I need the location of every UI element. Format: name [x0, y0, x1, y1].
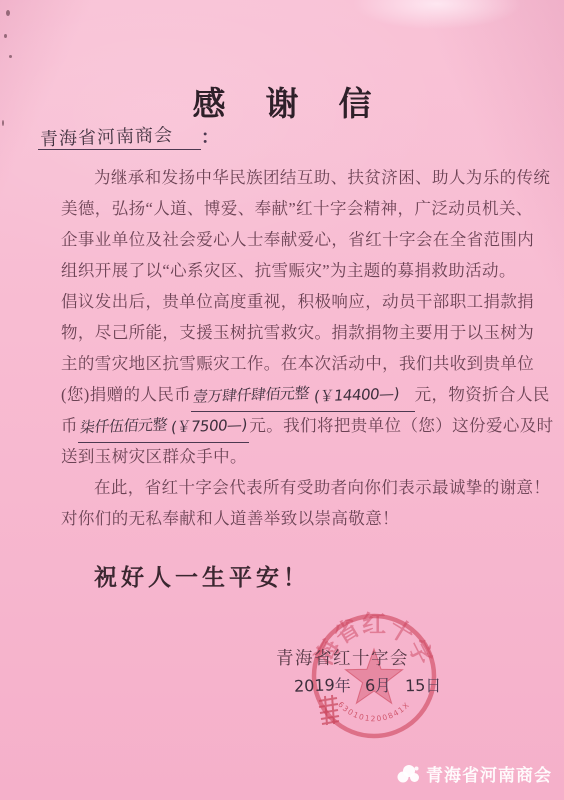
- goods-amount-prefix: 币: [61, 416, 78, 435]
- month-label: 月: [375, 673, 391, 696]
- body-line: 组织开展了以“心系灾区、抗雪赈灾”为主题的募捐救助活动。: [61, 255, 535, 286]
- watermark: 青海省河南商会: [396, 761, 552, 786]
- cash-amount-prefix: (您)捐赠的人民币: [61, 385, 191, 404]
- handwritten-cash-amount-words: 壹万肆仟肆佰元整: [191, 378, 310, 413]
- handwritten-goods-amount-words: 柒仟伍佰元整: [78, 409, 168, 443]
- handwritten-day: 15: [405, 676, 426, 696]
- letter-page: 感谢信 青海省河南商会： 为继承和发扬中华民族团结互助、扶贫济困、助人为乐的传统…: [0, 0, 564, 800]
- scan-speck: [4, 34, 7, 38]
- body-line: 美德，弘扬“人道、博爱、奉献”红十字会精神，广泛动员机关、: [61, 193, 535, 224]
- body-line: 为继承和发扬中华民族团结互助、扶贫济困、助人为乐的传统: [61, 162, 535, 193]
- salutation-line: 青海省河南商会：: [38, 123, 219, 150]
- closing-wish: 祝好人一生平安！: [94, 559, 310, 592]
- date-line: 2019年6月15日: [294, 673, 441, 696]
- body-line: 在此，省红十字会代表所有受助者向你们表示最诚挚的谢意！: [61, 472, 535, 503]
- handwritten-goods-amount-figures: (￥7500—): [170, 410, 249, 444]
- letter-title: 感谢信: [0, 78, 564, 125]
- body-line: 送到玉树灾区群众手中。: [61, 441, 535, 472]
- body-line: 企事业单位及社会爱心人士奉献爱心，省红十字会在全省范围内: [61, 224, 535, 255]
- watermark-text: 青海省河南商会: [426, 761, 552, 786]
- salutation-colon: ：: [201, 127, 219, 147]
- svg-text:630101200841X: 630101200841X: [336, 700, 411, 723]
- day-label: 日: [425, 673, 441, 696]
- recipient-handwritten: 青海省河南商会: [40, 121, 174, 152]
- letter-body: 为继承和发扬中华民族团结互助、扶贫济困、助人为乐的传统 美德，弘扬“人道、博爱、…: [61, 162, 535, 534]
- scan-speck: [9, 55, 12, 58]
- body-line: 物，尽己所能，支援玉树抗雪救灾。捐款捐物主要用于以玉树为: [61, 317, 535, 348]
- body-line-goods-amount: 币柒仟伍佰元整 (￥7500—)元。我们将把贵单位（您）这份爱心及时: [61, 410, 535, 441]
- signature-org: 青海省红十字会: [276, 645, 409, 670]
- body-line: 对你们的无私奉献和人道善举致以崇高敬意！: [61, 503, 535, 534]
- handwritten-year: 2019: [294, 675, 335, 695]
- chamber-logo-icon: [396, 762, 420, 786]
- body-line: 主的雪灾地区抗雪赈灾工作。在本次活动中，我们共收到贵单位: [61, 348, 535, 379]
- body-line: 倡议发出后，贵单位高度重视，积极响应，动员干部职工捐款捐: [61, 286, 535, 317]
- goods-amount-suffix: 元。我们将把贵单位（您）这份爱心及时: [249, 416, 553, 435]
- body-line-cash-amount: (您)捐赠的人民币壹万肆仟肆佰元整 (￥14400—)元，物资折合人民: [61, 379, 535, 410]
- cash-amount-suffix: 元，物资折合人民: [415, 385, 550, 404]
- seal-serial-number: 630101200841X: [336, 700, 411, 723]
- scan-speck: [6, 10, 10, 16]
- handwritten-cash-amount-figures: (￥14400—): [312, 378, 400, 412]
- year-label: 年: [335, 673, 351, 696]
- handwritten-month: 6: [364, 676, 375, 695]
